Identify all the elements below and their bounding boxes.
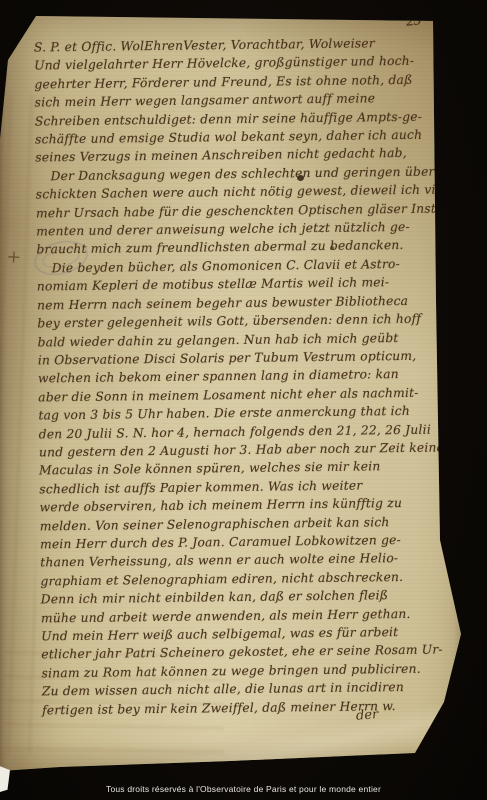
- copyright-caption-bar: Tous droits réservés à l'Observatoire de…: [0, 778, 487, 800]
- catchword: der: [356, 707, 379, 724]
- manuscript-line: fertigen ist bey mir kein Zweiffel, daß …: [42, 696, 440, 719]
- manuscript-page: 25 + S. P. et Offic. WolEhrenVester, Vor…: [0, 0, 487, 800]
- verso-bleedthrough-left: [0, 95, 36, 755]
- margin-cross-mark: +: [6, 245, 21, 273]
- page-number: 25: [405, 10, 441, 30]
- copyright-caption: Tous droits réservés à l'Observatoire de…: [106, 784, 381, 794]
- manuscript-text: S. P. et Offic. WolEhrenVester, Vorachtb…: [34, 34, 440, 720]
- scanned-manuscript-view: 25 + S. P. et Offic. WolEhrenVester, Vor…: [0, 0, 487, 800]
